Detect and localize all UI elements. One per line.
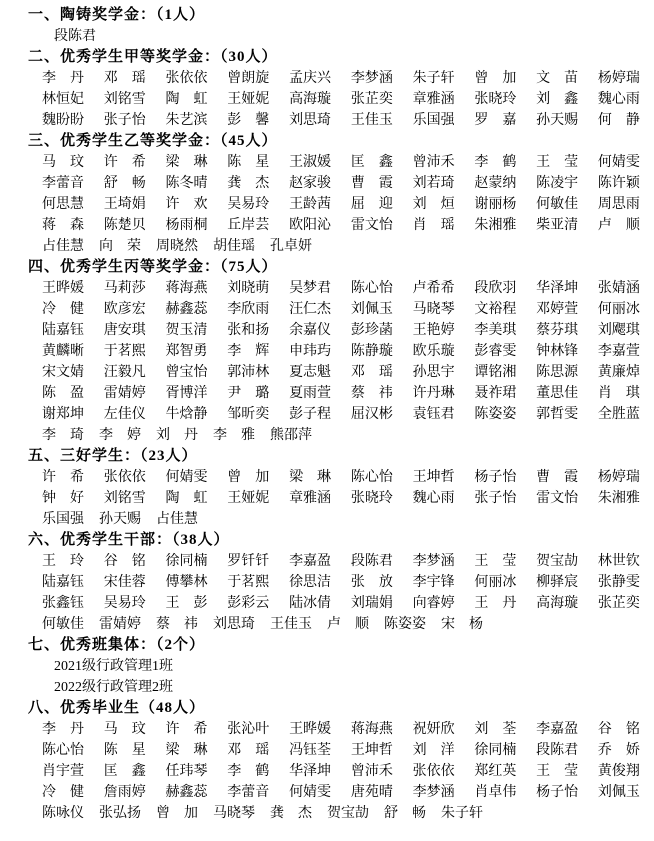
student-name: 陈凌宇 — [536, 173, 578, 194]
student-name: 魏盼盼 — [42, 110, 84, 131]
student-name: 张晓玲 — [351, 488, 393, 509]
student-name: 肖 琪 — [598, 383, 640, 404]
student-name: 吴梦君 — [289, 278, 331, 299]
student-name: 张 放 — [351, 572, 393, 593]
student-name: 马晓琴 — [213, 803, 255, 824]
student-name: 屈 迎 — [351, 194, 393, 215]
student-name: 赵家骏 — [289, 173, 331, 194]
student-name: 夏雨萱 — [289, 383, 331, 404]
student-name: 孙天赐 — [536, 110, 578, 131]
student-name: 赫鑫蕊 — [166, 299, 208, 320]
student-name: 李 雅 — [213, 425, 255, 446]
student-name: 段欣羽 — [474, 278, 516, 299]
student-name: 董思佳 — [536, 383, 578, 404]
student-name: 李 丹 — [42, 68, 84, 89]
student-name: 张婧涵 — [598, 278, 640, 299]
student-name: 曾朗旋 — [227, 68, 269, 89]
student-name: 张芷奕 — [351, 89, 393, 110]
student-name: 黄俊翔 — [598, 761, 640, 782]
name-row: 陆嘉钰宋佳蓉傅攀林于茗熙徐思洁张 放李宇锋何丽冰柳驿宸张静雯 — [42, 572, 640, 593]
name-row: 陆嘉钰唐安琪贺玉清张和扬余嘉仪彭珍菡王艳婷李美琪蔡芬琪刘飔琪 — [42, 320, 640, 341]
student-name: 钟 好 — [42, 488, 84, 509]
student-name: 周思雨 — [598, 194, 640, 215]
student-name: 钟林锋 — [536, 341, 578, 362]
student-name: 罗钎钎 — [227, 551, 269, 572]
student-name: 蒋海燕 — [166, 278, 208, 299]
student-name: 陈 盈 — [42, 383, 84, 404]
student-name: 陆嘉钰 — [42, 572, 84, 593]
student-name: 卢希希 — [413, 278, 455, 299]
student-name: 占佳慧 — [42, 236, 84, 257]
name-row: 钟 好刘铭雪陶 虹王娅妮章雅涵张晓玲魏心雨张子怡雷文怡朱湘雅 — [42, 488, 640, 509]
student-name: 王坤哲 — [413, 467, 455, 488]
student-name: 李嘉萱 — [598, 341, 640, 362]
student-name: 雷文怡 — [351, 215, 393, 236]
student-name: 冷 健 — [42, 299, 84, 320]
name-row: 许 希张依依何婧雯曾 加梁 琳陈心怡王坤哲杨子怡曹 霞杨婷瑞 — [42, 467, 640, 488]
student-name: 王佳玉 — [270, 614, 312, 635]
student-name: 袁钰君 — [413, 404, 455, 425]
student-name: 陈 星 — [227, 152, 269, 173]
student-name: 陈咏仪 — [42, 803, 84, 824]
name-row: 张鑫钰吴易玲王 彭彭彩云陆冰倩刘瑞娟向睿婷王 丹高海璇张芷奕 — [42, 593, 640, 614]
name-row: 陈心怡陈 星梁 琳邓 瑶冯钰荃王坤哲刘 洋徐同楠段陈君乔 娇 — [42, 740, 640, 761]
student-name: 刘佩玉 — [351, 299, 393, 320]
student-name: 柴亚清 — [536, 215, 578, 236]
name-row: 林恒妃刘铭雪陶 虹王娅妮高海璇张芷奕章雅涵张晓玲刘 鑫魏心雨 — [42, 89, 640, 110]
student-name: 谢丽杨 — [474, 194, 516, 215]
student-name: 刘铭雪 — [104, 89, 146, 110]
student-name: 陈楚贝 — [104, 215, 146, 236]
student-name: 王埼娟 — [104, 194, 146, 215]
student-name: 曾宝怡 — [166, 362, 208, 383]
name-row: 李 丹马 玟许 希张沁叶王晔媛蒋海燕祝妍欣刘 荃李嘉盈谷 铭 — [42, 719, 640, 740]
student-name: 邓 瑶 — [104, 68, 146, 89]
student-name: 卢 顺 — [598, 215, 640, 236]
name-row: 李 丹邓 瑶张依依曾朗旋孟庆兴李梦涵朱子轩曾 加文 苗杨婷瑞 — [42, 68, 640, 89]
student-name: 李 鹤 — [474, 152, 516, 173]
student-name: 高海璇 — [536, 593, 578, 614]
student-name: 华泽坤 — [536, 278, 578, 299]
student-name: 屈汉彬 — [351, 404, 393, 425]
student-name: 肖卓伟 — [474, 782, 516, 803]
student-name: 傅攀林 — [166, 572, 208, 593]
student-name: 何思慧 — [42, 194, 84, 215]
student-name: 刘 荃 — [474, 719, 516, 740]
student-name: 陈静璇 — [351, 341, 393, 362]
student-name: 龚 杰 — [227, 173, 269, 194]
name-row: 陈咏仪张弘扬曾 加马晓琴龚 杰贺宝劼舒 畅朱子轩 — [42, 803, 640, 824]
name-row: 冷 健詹雨婷赫鑫蕊李蕾音何婧雯唐苑晴李梦涵肖卓伟杨子怡刘佩玉 — [42, 782, 640, 803]
student-name: 陈思源 — [536, 362, 578, 383]
student-name: 梁 琳 — [166, 740, 208, 761]
student-name: 陈心怡 — [351, 278, 393, 299]
student-name: 胡佳瑶 — [213, 236, 255, 257]
student-name: 朱子轩 — [413, 68, 455, 89]
student-name: 王 莹 — [536, 152, 578, 173]
student-name: 许 希 — [104, 152, 146, 173]
student-name: 牛焓静 — [166, 404, 208, 425]
student-name: 谭铭湘 — [474, 362, 516, 383]
student-name: 魏心雨 — [598, 89, 640, 110]
student-name: 张子怡 — [104, 110, 146, 131]
student-name: 王艳婷 — [413, 320, 455, 341]
student-name: 陈姿姿 — [384, 614, 426, 635]
student-name: 柳驿宸 — [536, 572, 578, 593]
student-name: 欧阳沁 — [289, 215, 331, 236]
class-name: 段陈君 — [54, 26, 96, 47]
student-name: 蔡 祎 — [156, 614, 198, 635]
student-name: 李 丹 — [42, 719, 84, 740]
student-name: 吴易玲 — [227, 194, 269, 215]
student-name: 赫鑫蕊 — [166, 782, 208, 803]
student-name: 吴易玲 — [104, 593, 146, 614]
student-name: 谷 铭 — [104, 551, 146, 572]
student-name: 邓婷萱 — [536, 299, 578, 320]
student-name: 郑智勇 — [166, 341, 208, 362]
student-name: 孙天赐 — [99, 509, 141, 530]
student-name: 何婧雯 — [166, 467, 208, 488]
student-name: 王晔媛 — [289, 719, 331, 740]
student-name: 刘瑞娟 — [351, 593, 393, 614]
student-name: 王淑媛 — [289, 152, 331, 173]
section-heading: 三、优秀学生乙等奖学金：（45人） — [28, 131, 640, 152]
name-row: 何敏佳雷婧婷蔡 祎刘思琦王佳玉卢 顺陈姿姿宋 杨 — [42, 614, 640, 635]
student-name: 张鑫钰 — [42, 593, 84, 614]
student-name: 龚 杰 — [270, 803, 312, 824]
student-name: 王 彭 — [166, 593, 208, 614]
student-name: 孙思宇 — [413, 362, 455, 383]
student-name: 聂祚珺 — [474, 383, 516, 404]
student-name: 欧乐璇 — [413, 341, 455, 362]
student-name: 王娅妮 — [227, 89, 269, 110]
student-name: 张和扬 — [227, 320, 269, 341]
student-name: 彭珍菡 — [351, 320, 393, 341]
name-row: 王 玲谷 铭徐同楠罗钎钎李嘉盈段陈君李梦涵王 莹贺宝劼林世钦 — [42, 551, 640, 572]
student-name: 蔡 祎 — [351, 383, 393, 404]
student-name: 陈 星 — [104, 740, 146, 761]
student-name: 何婧雯 — [598, 152, 640, 173]
student-name: 郭哲雯 — [536, 404, 578, 425]
student-name: 熊邵萍 — [270, 425, 312, 446]
student-name: 舒 畅 — [384, 803, 426, 824]
student-name: 宋佳蓉 — [104, 572, 146, 593]
student-name: 杨雨桐 — [166, 215, 208, 236]
student-name: 刘 鑫 — [536, 89, 578, 110]
student-name: 李梦涵 — [413, 782, 455, 803]
student-name: 王佳玉 — [351, 110, 393, 131]
list-row: 段陈君 — [54, 26, 640, 47]
student-name: 陈冬晴 — [166, 173, 208, 194]
student-name: 刘晓萌 — [227, 278, 269, 299]
student-name: 左佳仪 — [104, 404, 146, 425]
student-name: 邹昕奕 — [227, 404, 269, 425]
student-name: 何敏佳 — [42, 614, 84, 635]
section-heading: 四、优秀学生丙等奖学金：（75人） — [28, 257, 640, 278]
student-name: 彭子程 — [289, 404, 331, 425]
student-name: 胥博洋 — [166, 383, 208, 404]
student-name: 汪仁杰 — [289, 299, 331, 320]
student-name: 陆嘉钰 — [42, 320, 84, 341]
student-name: 章雅涵 — [289, 488, 331, 509]
student-name: 于茗熙 — [104, 341, 146, 362]
student-name: 夏志魁 — [289, 362, 331, 383]
student-name: 李嘉盈 — [536, 719, 578, 740]
name-row: 占佳慧向 荣周晓然胡佳瑶孔卓妍 — [42, 236, 640, 257]
student-name: 曾 加 — [156, 803, 198, 824]
student-name: 占佳慧 — [156, 509, 198, 530]
name-row: 冷 健欧彦宏赫鑫蕊李欣雨汪仁杰刘佩玉马晓琴文裕程邓婷萱何丽冰 — [42, 299, 640, 320]
student-name: 张芷奕 — [598, 593, 640, 614]
class-name: 2021级行政管理1班 — [54, 656, 173, 677]
student-name: 许 希 — [42, 467, 84, 488]
student-name: 王晔媛 — [42, 278, 84, 299]
student-name: 徐思洁 — [289, 572, 331, 593]
student-name: 彭 馨 — [227, 110, 269, 131]
name-row: 李蕾音舒 畅陈冬晴龚 杰赵家骏曹 霞刘若琦赵蒙纳陈凌宇陈许颖 — [42, 173, 640, 194]
student-name: 华泽坤 — [289, 761, 331, 782]
student-name: 许 欢 — [166, 194, 208, 215]
section-heading: 七、优秀班集体：（2个） — [28, 635, 640, 656]
list-row: 2021级行政管理1班 — [54, 656, 640, 677]
student-name: 肖宇萱 — [42, 761, 84, 782]
student-name: 蒋 森 — [42, 215, 84, 236]
student-name: 李梦涵 — [351, 68, 393, 89]
section-heading: 八、优秀毕业生（48人） — [28, 698, 640, 719]
student-name: 黄麟晰 — [42, 341, 84, 362]
student-name: 谷 铭 — [598, 719, 640, 740]
name-row: 陈 盈雷婧婷胥博洋尹 璐夏雨萱蔡 祎许丹琳聂祚珺董思佳肖 琪 — [42, 383, 640, 404]
section-heading: 五、三好学生：（23人） — [28, 446, 640, 467]
student-name: 刘思琦 — [289, 110, 331, 131]
student-name: 杨子怡 — [536, 782, 578, 803]
student-name: 刘铭雪 — [104, 488, 146, 509]
student-name: 朱子轩 — [441, 803, 483, 824]
student-name: 申玮玙 — [289, 341, 331, 362]
student-name: 乐国强 — [42, 509, 84, 530]
student-name: 蒋海燕 — [351, 719, 393, 740]
student-name: 蔡芬琪 — [536, 320, 578, 341]
student-name: 贺宝劼 — [536, 551, 578, 572]
student-name: 谢郑坤 — [42, 404, 84, 425]
student-name: 丘岸芸 — [227, 215, 269, 236]
student-name: 彭睿雯 — [474, 341, 516, 362]
student-name: 冯钰荃 — [289, 740, 331, 761]
student-name: 宋文婧 — [42, 362, 84, 383]
student-name: 贺宝劼 — [327, 803, 369, 824]
student-name: 张子怡 — [474, 488, 516, 509]
name-row: 乐国强孙天赐占佳慧 — [42, 509, 640, 530]
student-name: 宋 杨 — [441, 614, 483, 635]
student-name: 文 苗 — [536, 68, 578, 89]
student-name: 冷 健 — [42, 782, 84, 803]
student-name: 陆冰倩 — [289, 593, 331, 614]
student-name: 文裕程 — [474, 299, 516, 320]
student-name: 向睿婷 — [413, 593, 455, 614]
student-name: 李嘉盈 — [289, 551, 331, 572]
name-row: 宋文婧汪毅凡曾宝怡郭沛林夏志魁邓 瑶孙思宇谭铭湘陈思源黄廉焯 — [42, 362, 640, 383]
student-name: 孔卓妍 — [270, 236, 312, 257]
student-name: 卢 顺 — [327, 614, 369, 635]
student-name: 张依依 — [166, 68, 208, 89]
student-name: 乐国强 — [413, 110, 455, 131]
student-name: 任玮琴 — [166, 761, 208, 782]
student-name: 詹雨婷 — [104, 782, 146, 803]
student-name: 欧彦宏 — [104, 299, 146, 320]
name-row: 谢郑坤左佳仪牛焓静邹昕奕彭子程屈汉彬袁钰君陈姿姿郭哲雯全胜蓝 — [42, 404, 640, 425]
student-name: 尹 璐 — [227, 383, 269, 404]
name-row: 王晔媛马莉莎蒋海燕刘晓萌吴梦君陈心怡卢希希段欣羽华泽坤张婧涵 — [42, 278, 640, 299]
student-name: 曾沛禾 — [351, 761, 393, 782]
student-name: 何丽冰 — [598, 299, 640, 320]
name-row: 马 玟许 希梁 琳陈 星王淑媛匡 鑫曾沛禾李 鹤王 莹何婧雯 — [42, 152, 640, 173]
student-name: 曹 霞 — [351, 173, 393, 194]
student-name: 曹 霞 — [536, 467, 578, 488]
student-name: 汪毅凡 — [104, 362, 146, 383]
student-name: 余嘉仪 — [289, 320, 331, 341]
student-name: 刘佩玉 — [598, 782, 640, 803]
student-name: 张晓玲 — [474, 89, 516, 110]
student-name: 朱湘雅 — [474, 215, 516, 236]
student-name: 邓 瑶 — [227, 740, 269, 761]
student-name: 何丽冰 — [474, 572, 516, 593]
student-name: 张依依 — [413, 761, 455, 782]
student-name: 陶 虹 — [166, 89, 208, 110]
student-name: 刘思琦 — [213, 614, 255, 635]
student-name: 刘 洋 — [413, 740, 455, 761]
student-name: 曾沛禾 — [413, 152, 455, 173]
student-name: 许 希 — [166, 719, 208, 740]
name-row: 肖宇萱匡 鑫任玮琴李 鹤华泽坤曾沛禾张依依郑红英王 莹黄俊翔 — [42, 761, 640, 782]
student-name: 徐同楠 — [474, 740, 516, 761]
student-name: 马 玟 — [104, 719, 146, 740]
student-name: 刘飔琪 — [598, 320, 640, 341]
student-name: 李 琦 — [42, 425, 84, 446]
student-name: 徐同楠 — [166, 551, 208, 572]
student-name: 孟庆兴 — [289, 68, 331, 89]
student-name: 张静雯 — [598, 572, 640, 593]
student-name: 何婧雯 — [289, 782, 331, 803]
student-name: 李欣雨 — [227, 299, 269, 320]
student-name: 郑红英 — [474, 761, 516, 782]
student-name: 王龄茜 — [289, 194, 331, 215]
student-name: 何 静 — [598, 110, 640, 131]
student-name: 雷文怡 — [536, 488, 578, 509]
student-name: 曾 加 — [474, 68, 516, 89]
name-row: 李 琦李 婷刘 丹李 雅熊邵萍 — [42, 425, 640, 446]
student-name: 唐苑晴 — [351, 782, 393, 803]
student-name: 李美琪 — [474, 320, 516, 341]
name-row: 蒋 森陈楚贝杨雨桐丘岸芸欧阳沁雷文怡肖 瑶朱湘雅柴亚清卢 顺 — [42, 215, 640, 236]
student-name: 陶 虹 — [166, 488, 208, 509]
student-name: 马莉莎 — [104, 278, 146, 299]
student-name: 李蕾音 — [227, 782, 269, 803]
section-heading: 二、优秀学生甲等奖学金：（30人） — [28, 47, 640, 68]
student-name: 李梦涵 — [413, 551, 455, 572]
student-name: 王坤哲 — [351, 740, 393, 761]
student-name: 匡 鑫 — [351, 152, 393, 173]
student-name: 匡 鑫 — [104, 761, 146, 782]
student-name: 李蕾音 — [42, 173, 84, 194]
student-name: 刘 烜 — [413, 194, 455, 215]
student-name: 赵蒙纳 — [474, 173, 516, 194]
student-name: 高海璇 — [289, 89, 331, 110]
student-name: 魏心雨 — [413, 488, 455, 509]
student-name: 章雅涵 — [413, 89, 455, 110]
student-name: 雷婧婷 — [104, 383, 146, 404]
student-name: 陈心怡 — [351, 467, 393, 488]
student-name: 张弘扬 — [99, 803, 141, 824]
student-name: 乔 娇 — [598, 740, 640, 761]
student-name: 王 莹 — [474, 551, 516, 572]
student-name: 林世钦 — [598, 551, 640, 572]
student-name: 雷婧婷 — [99, 614, 141, 635]
student-name: 王 莹 — [536, 761, 578, 782]
section-heading: 六、优秀学生干部：（38人） — [28, 530, 640, 551]
student-name: 梁 琳 — [166, 152, 208, 173]
student-name: 黄廉焯 — [598, 362, 640, 383]
student-name: 邓 瑶 — [351, 362, 393, 383]
student-name: 杨婷瑞 — [598, 68, 640, 89]
section-heading: 一、陶铸奖学金：（1人） — [28, 5, 640, 26]
student-name: 全胜蓝 — [598, 404, 640, 425]
student-name: 曾 加 — [227, 467, 269, 488]
student-name: 李宇锋 — [413, 572, 455, 593]
student-name: 朱艺滨 — [166, 110, 208, 131]
student-name: 陈许颖 — [598, 173, 640, 194]
student-name: 于茗熙 — [227, 572, 269, 593]
list-row: 2022级行政管理2班 — [54, 677, 640, 698]
student-name: 陈姿姿 — [474, 404, 516, 425]
student-name: 马晓琴 — [413, 299, 455, 320]
student-name: 张依依 — [104, 467, 146, 488]
student-name: 李 鹤 — [227, 761, 269, 782]
student-name: 杨子怡 — [474, 467, 516, 488]
name-row: 何思慧王埼娟许 欢吴易玲王龄茜屈 迎刘 烜谢丽杨何敏佳周思雨 — [42, 194, 640, 215]
name-row: 黄麟晰于茗熙郑智勇李 辉申玮玙陈静璇欧乐璇彭睿雯钟林锋李嘉萱 — [42, 341, 640, 362]
student-name: 贺玉清 — [166, 320, 208, 341]
student-name: 刘 丹 — [156, 425, 198, 446]
student-name: 王 玲 — [42, 551, 84, 572]
student-name: 肖 瑶 — [413, 215, 455, 236]
student-name: 彭彩云 — [227, 593, 269, 614]
name-row: 魏盼盼张子怡朱艺滨彭 馨刘思琦王佳玉乐国强罗 嘉孙天赐何 静 — [42, 110, 640, 131]
student-name: 周晓然 — [156, 236, 198, 257]
class-name: 2022级行政管理2班 — [54, 677, 173, 698]
student-name: 张沁叶 — [227, 719, 269, 740]
student-name: 郭沛林 — [227, 362, 269, 383]
student-name: 杨婷瑞 — [598, 467, 640, 488]
student-name: 何敏佳 — [536, 194, 578, 215]
student-name: 陈心怡 — [42, 740, 84, 761]
student-name: 唐安琪 — [104, 320, 146, 341]
student-name: 王 丹 — [474, 593, 516, 614]
student-name: 马 玟 — [42, 152, 84, 173]
student-name: 向 荣 — [99, 236, 141, 257]
award-list-document: 一、陶铸奖学金：（1人）段陈君二、优秀学生甲等奖学金：（30人）李 丹邓 瑶张依… — [0, 0, 654, 832]
student-name: 段陈君 — [536, 740, 578, 761]
student-name: 刘若琦 — [413, 173, 455, 194]
student-name: 林恒妃 — [42, 89, 84, 110]
student-name: 舒 畅 — [104, 173, 146, 194]
student-name: 王娅妮 — [227, 488, 269, 509]
student-name: 段陈君 — [351, 551, 393, 572]
student-name: 朱湘雅 — [598, 488, 640, 509]
student-name: 李 辉 — [227, 341, 269, 362]
student-name: 罗 嘉 — [474, 110, 516, 131]
student-name: 梁 琳 — [289, 467, 331, 488]
student-name: 许丹琳 — [413, 383, 455, 404]
